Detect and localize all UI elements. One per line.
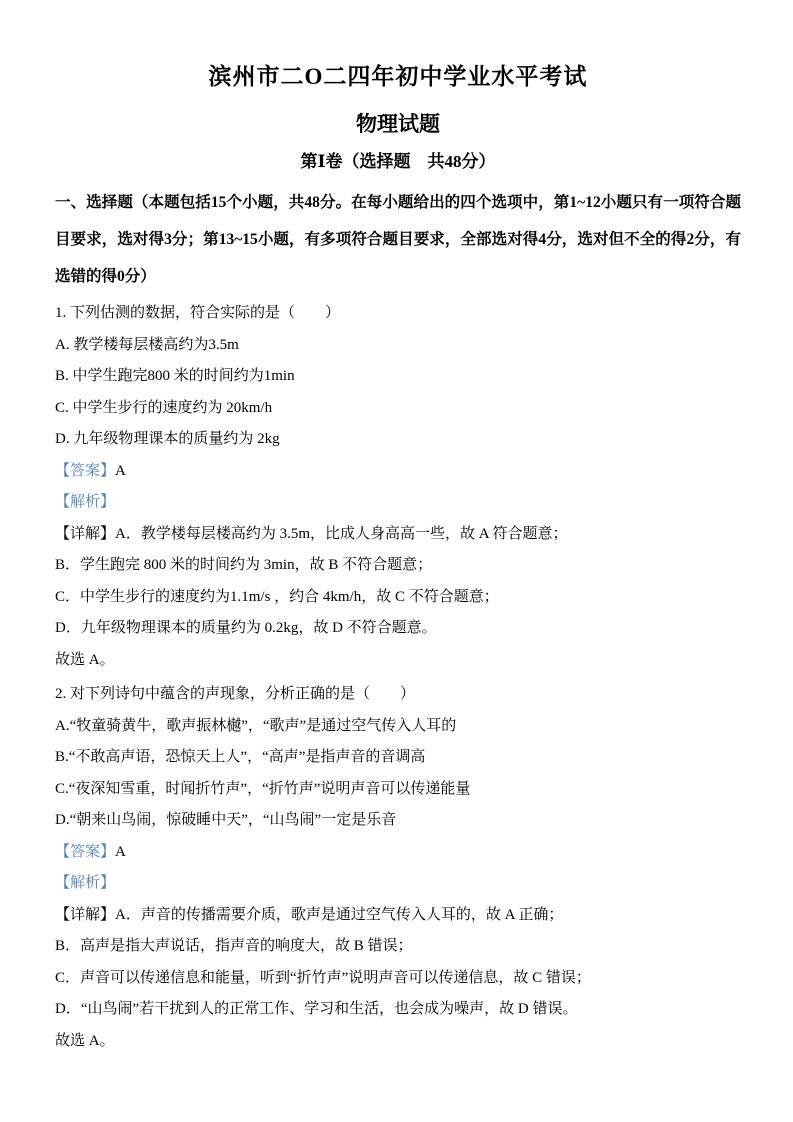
question-1-detail-d: D．九年级物理课本的质量约为 0.2kg，故 D 不符合题意。 [55, 613, 741, 645]
question-2-option-b: B.“不敢高声语，恐惊天上人”，“高声”是指声音的音调高 [55, 742, 741, 774]
section-header: 第Ⅰ卷（选择题 共48分） [55, 150, 741, 174]
question-2: 2. 对下列诗句中蕴含的声现象，分析正确的是（ ） A.“牧童骑黄牛，歌声振林樾… [55, 679, 741, 1057]
answer-label: 【答案】 [55, 844, 115, 860]
question-2-detail-b: B．高声是指大声说话，指声音的响度大，故 B 错误； [55, 931, 741, 963]
question-2-analysis-row: 【解析】 [55, 868, 741, 900]
analysis-label: 【解析】 [55, 494, 115, 510]
question-1-conclusion: 故选 A。 [55, 645, 741, 677]
question-2-detail-a: 【详解】A．声音的传播需要介质，歌声是通过空气传入人耳的，故 A 正确； [55, 900, 741, 932]
analysis-label: 【解析】 [55, 875, 115, 891]
question-1-option-d: D. 九年级物理课本的质量约为 2kg [55, 424, 741, 456]
answer-label: 【答案】 [55, 463, 115, 479]
question-1-detail-a: 【详解】A．教学楼每层楼高约为 3.5m，比成人身高高一些，故 A 符合题意； [55, 519, 741, 551]
question-2-detail-d: D．“山鸟闹”若干扰到人的正常工作、学习和生活，也会成为噪声，故 D 错误。 [55, 994, 741, 1026]
exam-subtitle: 物理试题 [55, 110, 741, 138]
exam-paper-page: 滨州市二O二四年初中学业水平考试 物理试题 第Ⅰ卷（选择题 共48分） 一、选择… [0, 0, 793, 1122]
question-1-option-b: B. 中学生跑完800 米的时间约为1min [55, 361, 741, 393]
question-2-option-d: D.“朝来山鸟闹，惊破睡中天”，“山鸟闹”一定是乐音 [55, 805, 741, 837]
question-1-stem: 1. 下列估测的数据，符合实际的是（ ） [55, 298, 741, 330]
question-1-answer-row: 【答案】A [55, 456, 741, 488]
question-2-answer-row: 【答案】A [55, 837, 741, 869]
question-1: 1. 下列估测的数据，符合实际的是（ ） A. 教学楼每层楼高约为3.5m B.… [55, 298, 741, 676]
question-2-answer-value: A [115, 844, 126, 860]
question-2-option-a: A.“牧童骑黄牛，歌声振林樾”，“歌声”是通过空气传入人耳的 [55, 711, 741, 743]
question-1-detail-b: B．学生跑完 800 米的时间约为 3min，故 B 不符合题意； [55, 550, 741, 582]
selection-instructions: 一、选择题（本题包括15个小题，共48分。在每小题给出的四个选项中，第1~12小… [55, 184, 741, 295]
question-2-detail-c: C．声音可以传递信息和能量，听到“折竹声”说明声音可以传递信息，故 C 错误； [55, 963, 741, 995]
question-1-option-c: C. 中学生步行的速度约为 20km/h [55, 393, 741, 425]
question-1-option-a: A. 教学楼每层楼高约为3.5m [55, 330, 741, 362]
question-1-analysis-row: 【解析】 [55, 487, 741, 519]
question-2-option-c: C.“夜深知雪重，时闻折竹声”，“折竹声”说明声音可以传递能量 [55, 774, 741, 806]
question-2-stem: 2. 对下列诗句中蕴含的声现象，分析正确的是（ ） [55, 679, 741, 711]
question-1-detail-c: C．中学生步行的速度约为1.1m/s ，约合 4km/h，故 C 不符合题意； [55, 582, 741, 614]
exam-title: 滨州市二O二四年初中学业水平考试 [55, 62, 741, 92]
question-1-answer-value: A [115, 463, 126, 479]
question-2-conclusion: 故选 A。 [55, 1026, 741, 1058]
